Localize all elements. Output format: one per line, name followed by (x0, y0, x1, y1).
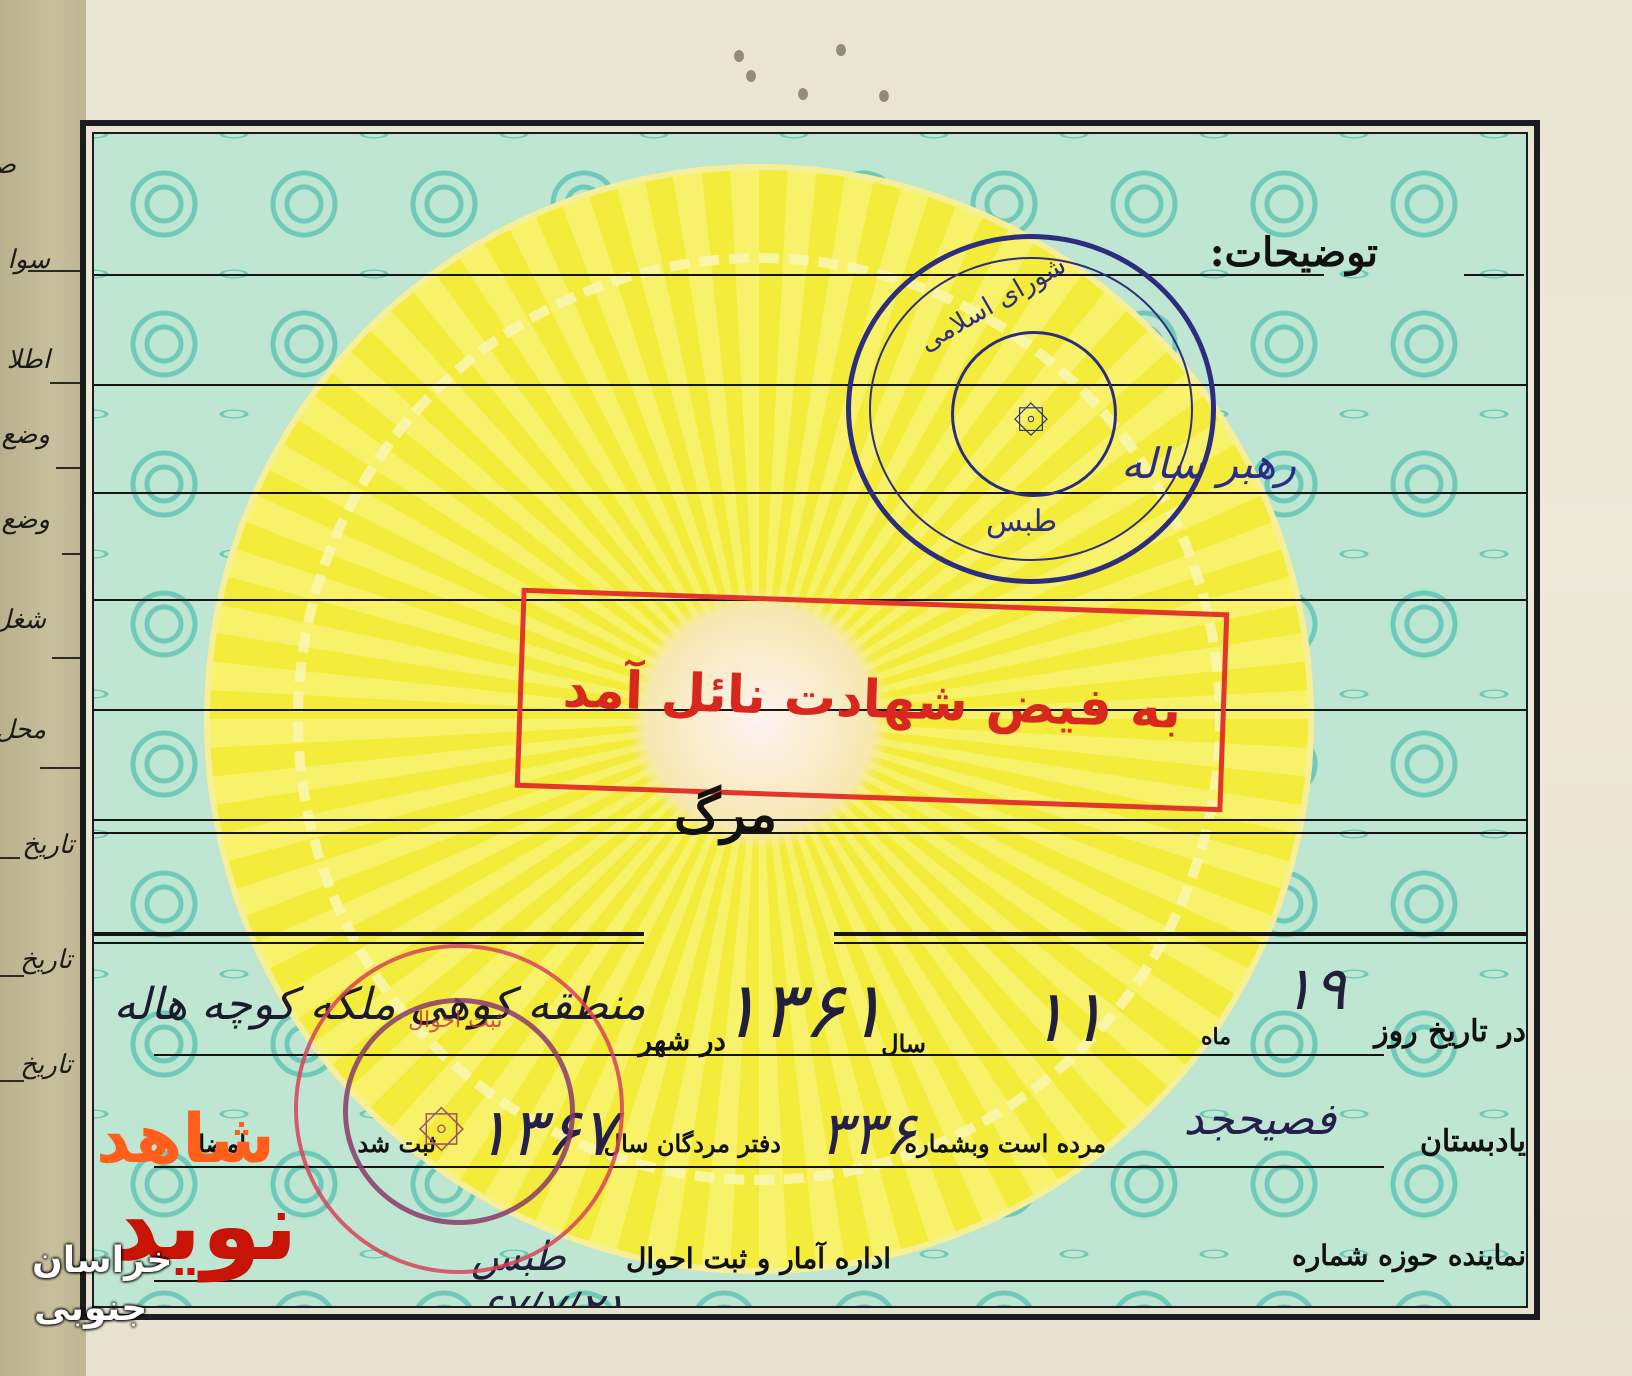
underlying-label: شغل (0, 605, 46, 635)
underlying-label: اطلا (7, 345, 50, 375)
underlying-label: ص (0, 150, 16, 180)
underlying-label: تاریخ (20, 1050, 72, 1080)
paper-hole (879, 90, 889, 102)
form-line (94, 384, 1526, 386)
label-city: در شهر (638, 1024, 726, 1057)
value-province: فصیحجد (1184, 1094, 1336, 1145)
label-province: یادبستان (1420, 1124, 1526, 1159)
guilloche-background: توضیحات: رهبر ساله ۞ شورای اسلامی طبس به… (92, 132, 1528, 1308)
red-round-stamp: ثبت احوال ۞ (294, 944, 624, 1274)
form-line (94, 832, 1526, 834)
emblem-icon: ۞ (418, 1068, 465, 1161)
underlying-page: ص سوا اطلا وضع وضع شغل محل تاریخ تاریخ ت… (0, 0, 86, 1376)
label-died-number: مرده است وبشماره (905, 1129, 1106, 1158)
stamp-text: ثبت احوال (408, 1008, 503, 1033)
emblem-icon: ۞ (1001, 369, 1061, 449)
paper-hole (734, 50, 744, 62)
form-line (834, 942, 1526, 944)
label-office: اداره آمار و ثبت احوال (626, 1242, 891, 1275)
underlying-line (0, 1080, 24, 1082)
label-year: سال (881, 1029, 926, 1058)
underlying-label: محل (0, 715, 46, 745)
form-line (94, 819, 1526, 821)
paper-hole (836, 44, 846, 56)
form-line (834, 932, 1526, 936)
form-frame: توضیحات: رهبر ساله ۞ شورای اسلامی طبس به… (80, 120, 1540, 1320)
blue-round-stamp: ۞ شورای اسلامی طبس (846, 234, 1216, 584)
watermark-logo-line4: جنوبی (34, 1288, 147, 1329)
underlying-label: وضع (2, 505, 50, 535)
underlying-label: تاریخ (20, 945, 72, 975)
watermark-logo-line3: خراسان (32, 1240, 172, 1281)
underlying-line (0, 975, 24, 977)
value-office-date: ۶۷/۷/۲۱ (478, 1284, 626, 1308)
underlying-line (0, 857, 20, 859)
form-line (94, 942, 644, 944)
form-line (154, 1280, 1384, 1282)
value-number: ۳۳۶ (819, 1099, 916, 1169)
value-year: ۱۳۶۱ (718, 966, 886, 1056)
underlying-label: سوا (8, 245, 50, 275)
value-day: ۱۹ (1282, 954, 1346, 1024)
form-line (94, 492, 1526, 494)
form-line (94, 932, 644, 936)
watermark-logo-line1: شاهد (96, 1100, 275, 1179)
section-title: مرگ (674, 784, 777, 845)
value-month: ۱۱ (1029, 974, 1106, 1058)
remarks-label: توضیحات: (1210, 229, 1378, 276)
label-rep: نماینده حوزه شماره (1292, 1239, 1526, 1272)
label-book-year: دفتر مردگان سال (604, 1129, 781, 1158)
stamp-text: طبس (986, 504, 1057, 539)
martyrdom-stamp-text: به فیض شهادت نائل آمد (562, 659, 1182, 741)
form-line (1464, 274, 1524, 276)
paper-hole (798, 88, 808, 100)
martyrdom-stamp: به فیض شهادت نائل آمد (515, 588, 1230, 813)
label-date-day: در تاریخ روز (1374, 1014, 1526, 1049)
label-month: ماه (1201, 1024, 1231, 1050)
paper-hole (746, 70, 756, 82)
underlying-label: وضع (2, 420, 50, 450)
underlying-label: تاریخ (22, 830, 74, 860)
